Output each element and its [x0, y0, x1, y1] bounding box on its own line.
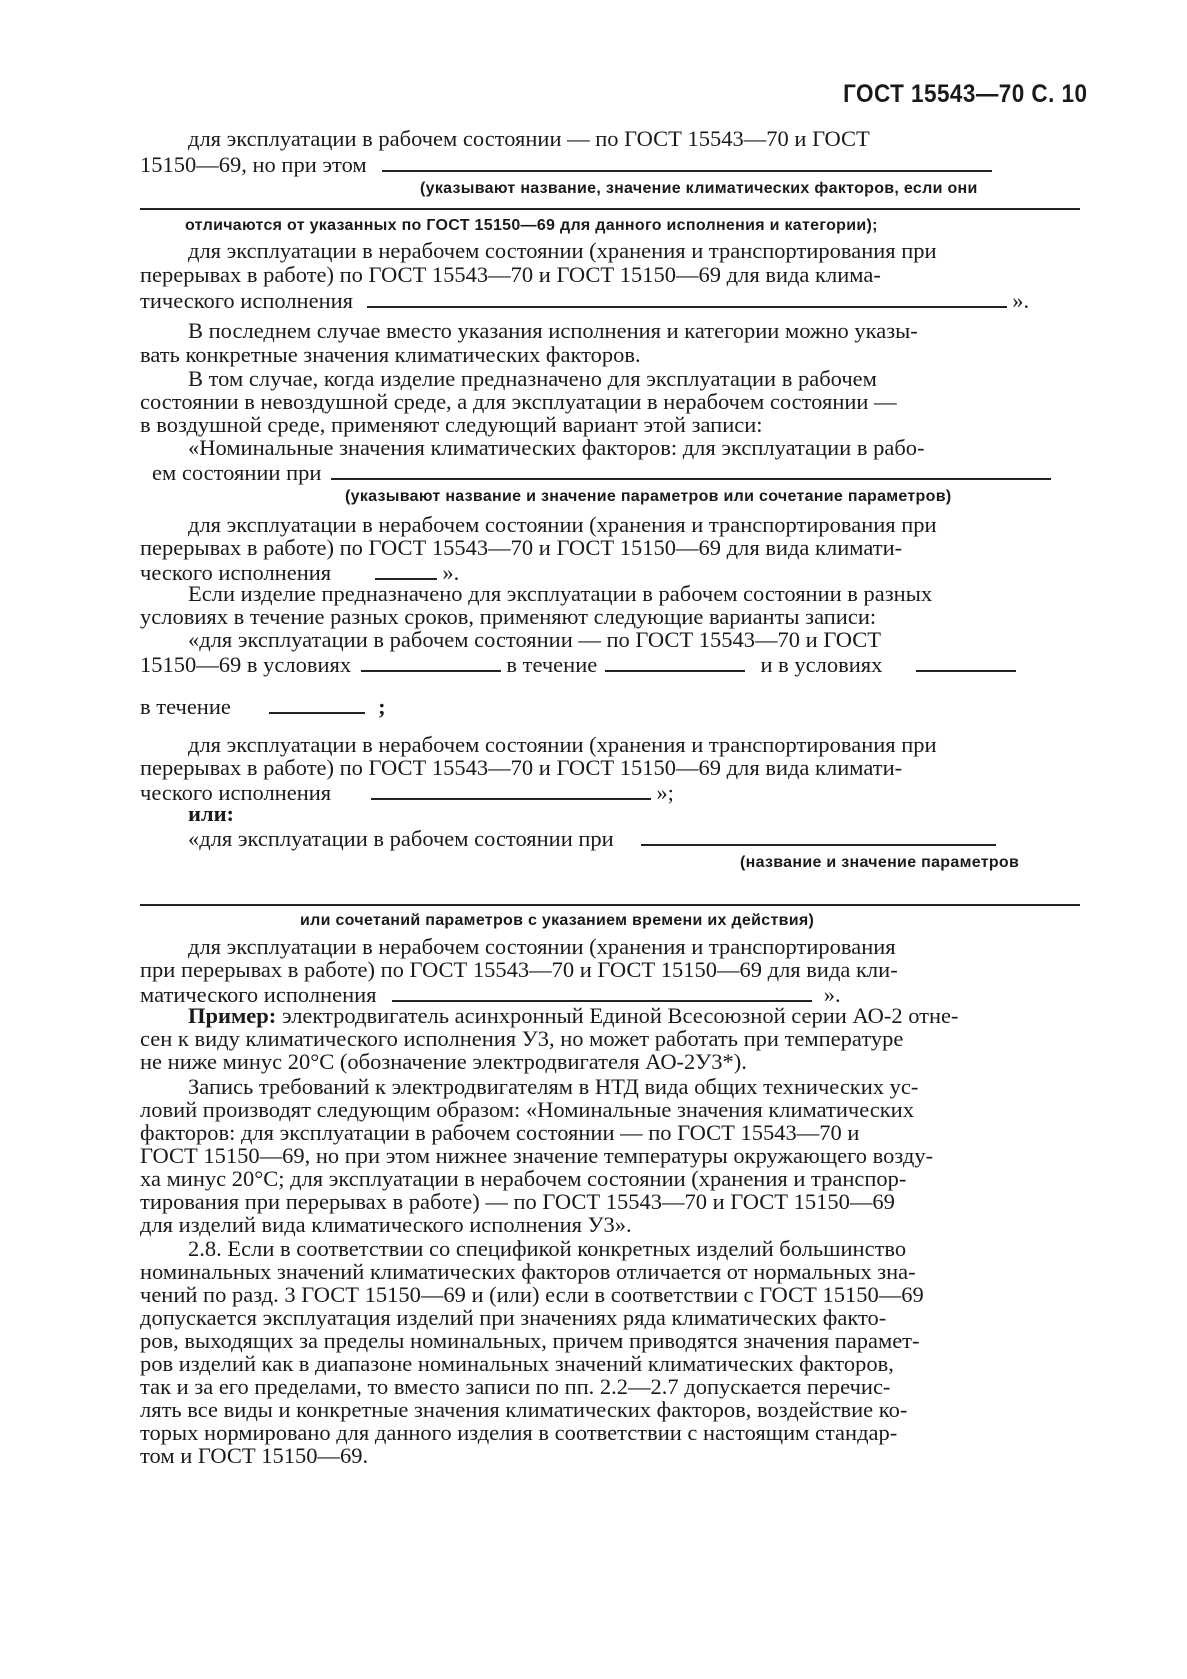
fill-in-blank [269, 694, 365, 714]
text-line: условиях в течение разных сроков, примен… [140, 606, 876, 629]
fill-in-blank [641, 826, 996, 846]
text-line: Запись требований к электродвигателям в … [140, 1076, 918, 1099]
text-line: «для эксплуатации в рабочем состоянии — … [140, 629, 881, 652]
text-line: 15150—69, но при этом [140, 152, 992, 177]
text-line: для эксплуатации в нерабочем состоянии (… [140, 936, 896, 959]
fill-in-rule [140, 904, 1080, 906]
fill-in-blank [605, 652, 745, 672]
text-line: тического исполнения ». [140, 288, 1029, 313]
fill-in-blank [375, 560, 437, 580]
text: электродвигатель асинхронный Единой Всес… [282, 1003, 959, 1028]
text-line: ловий производят следующим образом: «Ном… [140, 1099, 914, 1122]
fill-in-rule [140, 208, 1080, 210]
fill-in-blank [371, 780, 651, 800]
fill-in-blank [331, 460, 1051, 480]
text-line: номинальных значений климатических факто… [140, 1261, 916, 1284]
text-line: перерывах в работе) по ГОСТ 15543—70 и Г… [140, 537, 902, 560]
text-line: для эксплуатации в нерабочем состоянии (… [140, 514, 937, 537]
text-line: ров, выходящих за пределы номинальных, п… [140, 1330, 920, 1353]
text: ем состоянии при [152, 460, 321, 485]
text: 15150—69 в условиях [140, 652, 351, 677]
text-line: допускается эксплуатация изделий при зна… [140, 1307, 886, 1330]
text-line: или: [140, 803, 234, 826]
text-line: Если изделие предназначено для эксплуата… [140, 583, 932, 606]
fill-in-blank [392, 982, 812, 1002]
text: ческого исполнения [140, 780, 331, 805]
text-line: «для эксплуатации в рабочем состоянии пр… [140, 826, 996, 851]
footnote-caption: или сочетаний параметров с указанием вре… [300, 910, 814, 933]
footnote-caption: (название и значение параметров [740, 852, 1019, 875]
text-line: перерывах в работе) по ГОСТ 15543—70 и Г… [140, 757, 902, 780]
text-line: ха минус 20°С; для эксплуатации в нерабо… [140, 1168, 906, 1191]
footnote-caption: (указывают название и значение параметро… [345, 486, 951, 509]
footnote-caption: отличаются от указанных по ГОСТ 15150—69… [185, 215, 878, 238]
text: 15150—69, но при этом [140, 152, 367, 177]
text-line: для эксплуатации в нерабочем состоянии (… [140, 734, 937, 757]
text-line: так и за его пределами, то вместо записи… [140, 1376, 890, 1399]
example-label: Пример: [188, 1003, 276, 1028]
text-line: торых нормировано для данного изделия в … [140, 1422, 897, 1445]
text: и в условиях [761, 652, 883, 677]
text-line: чений по разд. 3 ГОСТ 15150—69 и (или) е… [140, 1284, 924, 1307]
text: в течение [506, 652, 597, 677]
text-line: 2.8. Если в соответствии со спецификой к… [140, 1238, 906, 1261]
footnote-caption: (указывают название, значение климатичес… [420, 178, 978, 201]
text-line: вать конкретные значения климатических ф… [140, 344, 641, 367]
fill-in-blank [916, 652, 1016, 672]
fill-in-blank [367, 288, 1007, 308]
text-line: для изделий вида климатического исполнен… [140, 1214, 632, 1237]
page-header: ГОСТ 15543—70 С. 10 [843, 80, 1087, 109]
text-line: в воздушной среде, применяют следующий в… [140, 414, 763, 437]
text: ». [1012, 288, 1029, 313]
text: в течение [140, 694, 231, 719]
text-line: перерывах в работе) по ГОСТ 15543—70 и Г… [140, 264, 881, 287]
text-line: лять все виды и конкретные значения клим… [140, 1399, 907, 1422]
text-line: «Номинальные значения климатических факт… [140, 437, 925, 460]
text-line: не ниже минус 20°С (обозначение электрод… [140, 1051, 747, 1074]
text-line: В последнем случае вместо указания испол… [140, 320, 918, 343]
fill-in-blank [361, 652, 501, 672]
text-line: при перерывах в работе) по ГОСТ 15543—70… [140, 959, 898, 982]
text-line: состоянии в невоздушной среде, а для экс… [140, 391, 897, 414]
fill-in-blank [382, 152, 992, 172]
text-line: тирования при перерывах в работе) — по Г… [140, 1191, 895, 1214]
text: тического исполнения [140, 288, 353, 313]
text-line: В том случае, когда изделие предназначен… [140, 368, 877, 391]
text-line: факторов: для эксплуатации в рабочем сос… [140, 1122, 859, 1145]
text: »; [656, 780, 674, 805]
text-line: Пример: электродвигатель асинхронный Еди… [140, 1005, 959, 1028]
text-line: для эксплуатации в нерабочем состоянии (… [140, 240, 937, 263]
text: ; [378, 694, 386, 719]
text-line: ров изделий как в диапазоне номинальных … [140, 1353, 894, 1376]
text-line: для эксплуатации в рабочем состоянии — п… [140, 128, 870, 151]
text-line: в течение ; [140, 694, 386, 719]
text-line: 15150—69 в условиях в течение и в услови… [140, 652, 1016, 677]
text: «для эксплуатации в рабочем состоянии пр… [188, 826, 614, 851]
text-line: ем состоянии при [152, 460, 1051, 485]
text-line: ГОСТ 15150—69, но при этом нижнее значен… [140, 1145, 933, 1168]
text-line: том и ГОСТ 15150—69. [140, 1445, 368, 1468]
text-line: сен к виду климатического исполнения У3,… [140, 1028, 903, 1051]
